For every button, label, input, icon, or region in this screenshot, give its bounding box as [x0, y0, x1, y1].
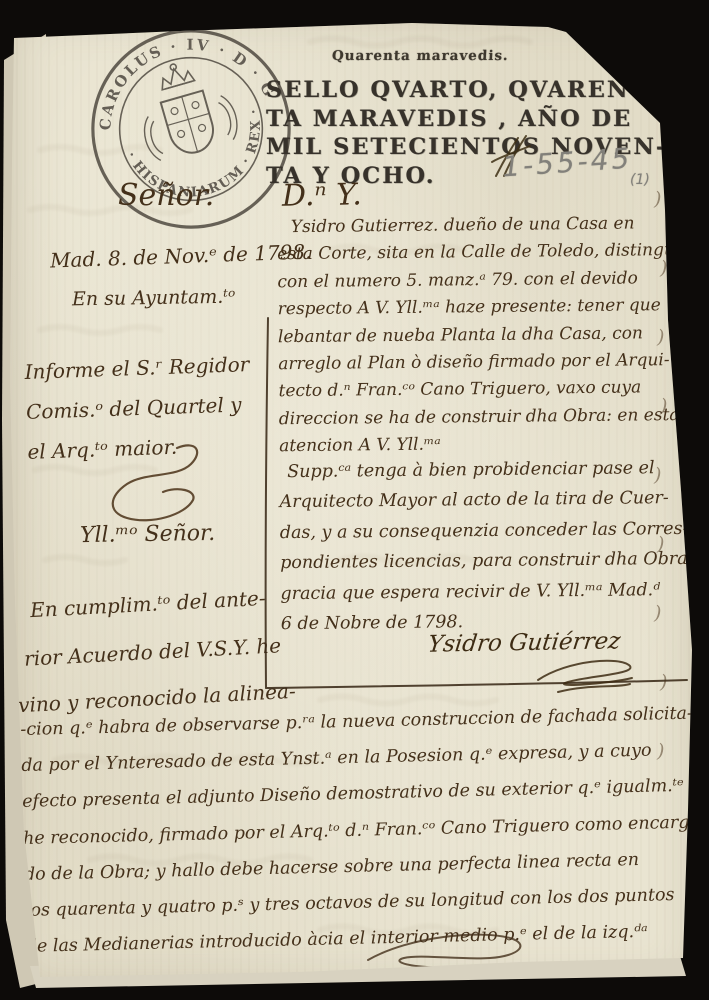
- petition-line: tecto d.ⁿ Fran.ᶜᵒ Cano Triguero, vaxo cu…: [278, 374, 702, 406]
- edge-hook-mark: ): [654, 464, 667, 486]
- plea-line: pondientes licencias, para construir dha…: [280, 544, 693, 579]
- cross-mark-small-icon: ✠: [572, 6, 581, 19]
- manuscript-page: ✠ ✠ Quarenta maravedis. CAROLUS · IV · D…: [0, 0, 709, 1000]
- edge-hook-mark: ): [654, 602, 667, 624]
- manuscript-photograph: ✠ ✠ Quarenta maravedis. CAROLUS · IV · D…: [0, 0, 709, 1000]
- petition-line: Ysidro Gutierrez. dueño de una Casa en: [291, 210, 701, 242]
- petition-line: respecto A V. Yll.ᵐᵃ haze presente: tene…: [278, 292, 702, 324]
- plea-line: das, y a su consequenzia conceder las Co…: [280, 514, 693, 549]
- petition-line: esta Corte, sita en la Calle de Toledo, …: [277, 237, 701, 269]
- petition-body: Ysidro Gutierrez. dueño de una Casa en e…: [277, 210, 704, 461]
- plea-line: Arquitecto Mayor al acto de la tira de C…: [279, 483, 692, 518]
- petition-line: con el numero 5. manz.ᵃ 79. con el devid…: [277, 265, 701, 297]
- edge-hook-mark: ): [660, 257, 667, 279]
- signature-rubric-flourish: [528, 650, 638, 700]
- edge-hook-mark: ): [660, 395, 667, 417]
- petition-plea: Supp.ᶜᵃ tenga à bien probidenciar pase e…: [279, 453, 694, 640]
- petition-opening: D.ⁿ Y.: [282, 177, 362, 213]
- petition-line: direccion se ha de construir dha Obra: e…: [279, 402, 703, 434]
- edge-hook-mark: ): [660, 671, 667, 693]
- edge-ink-marks: ) ) ) ) ) ) ) ) ): [654, 188, 667, 762]
- edge-hook-mark: ): [657, 326, 667, 348]
- edge-hook-mark: ): [654, 188, 667, 210]
- edge-hook-mark: ): [657, 533, 667, 555]
- plea-line: Supp.ᶜᵃ tenga à bien probidenciar pase e…: [287, 453, 692, 488]
- edge-hook-mark: ): [657, 740, 667, 762]
- architect-report: -cion q.ᵉ habra de observarse p.ʳᵃ la nu…: [20, 695, 709, 965]
- plea-line: gracia que espera recivir de V. Yll.ᵐᵃ M…: [280, 574, 693, 609]
- cross-mark-icon: ✠: [405, 3, 418, 22]
